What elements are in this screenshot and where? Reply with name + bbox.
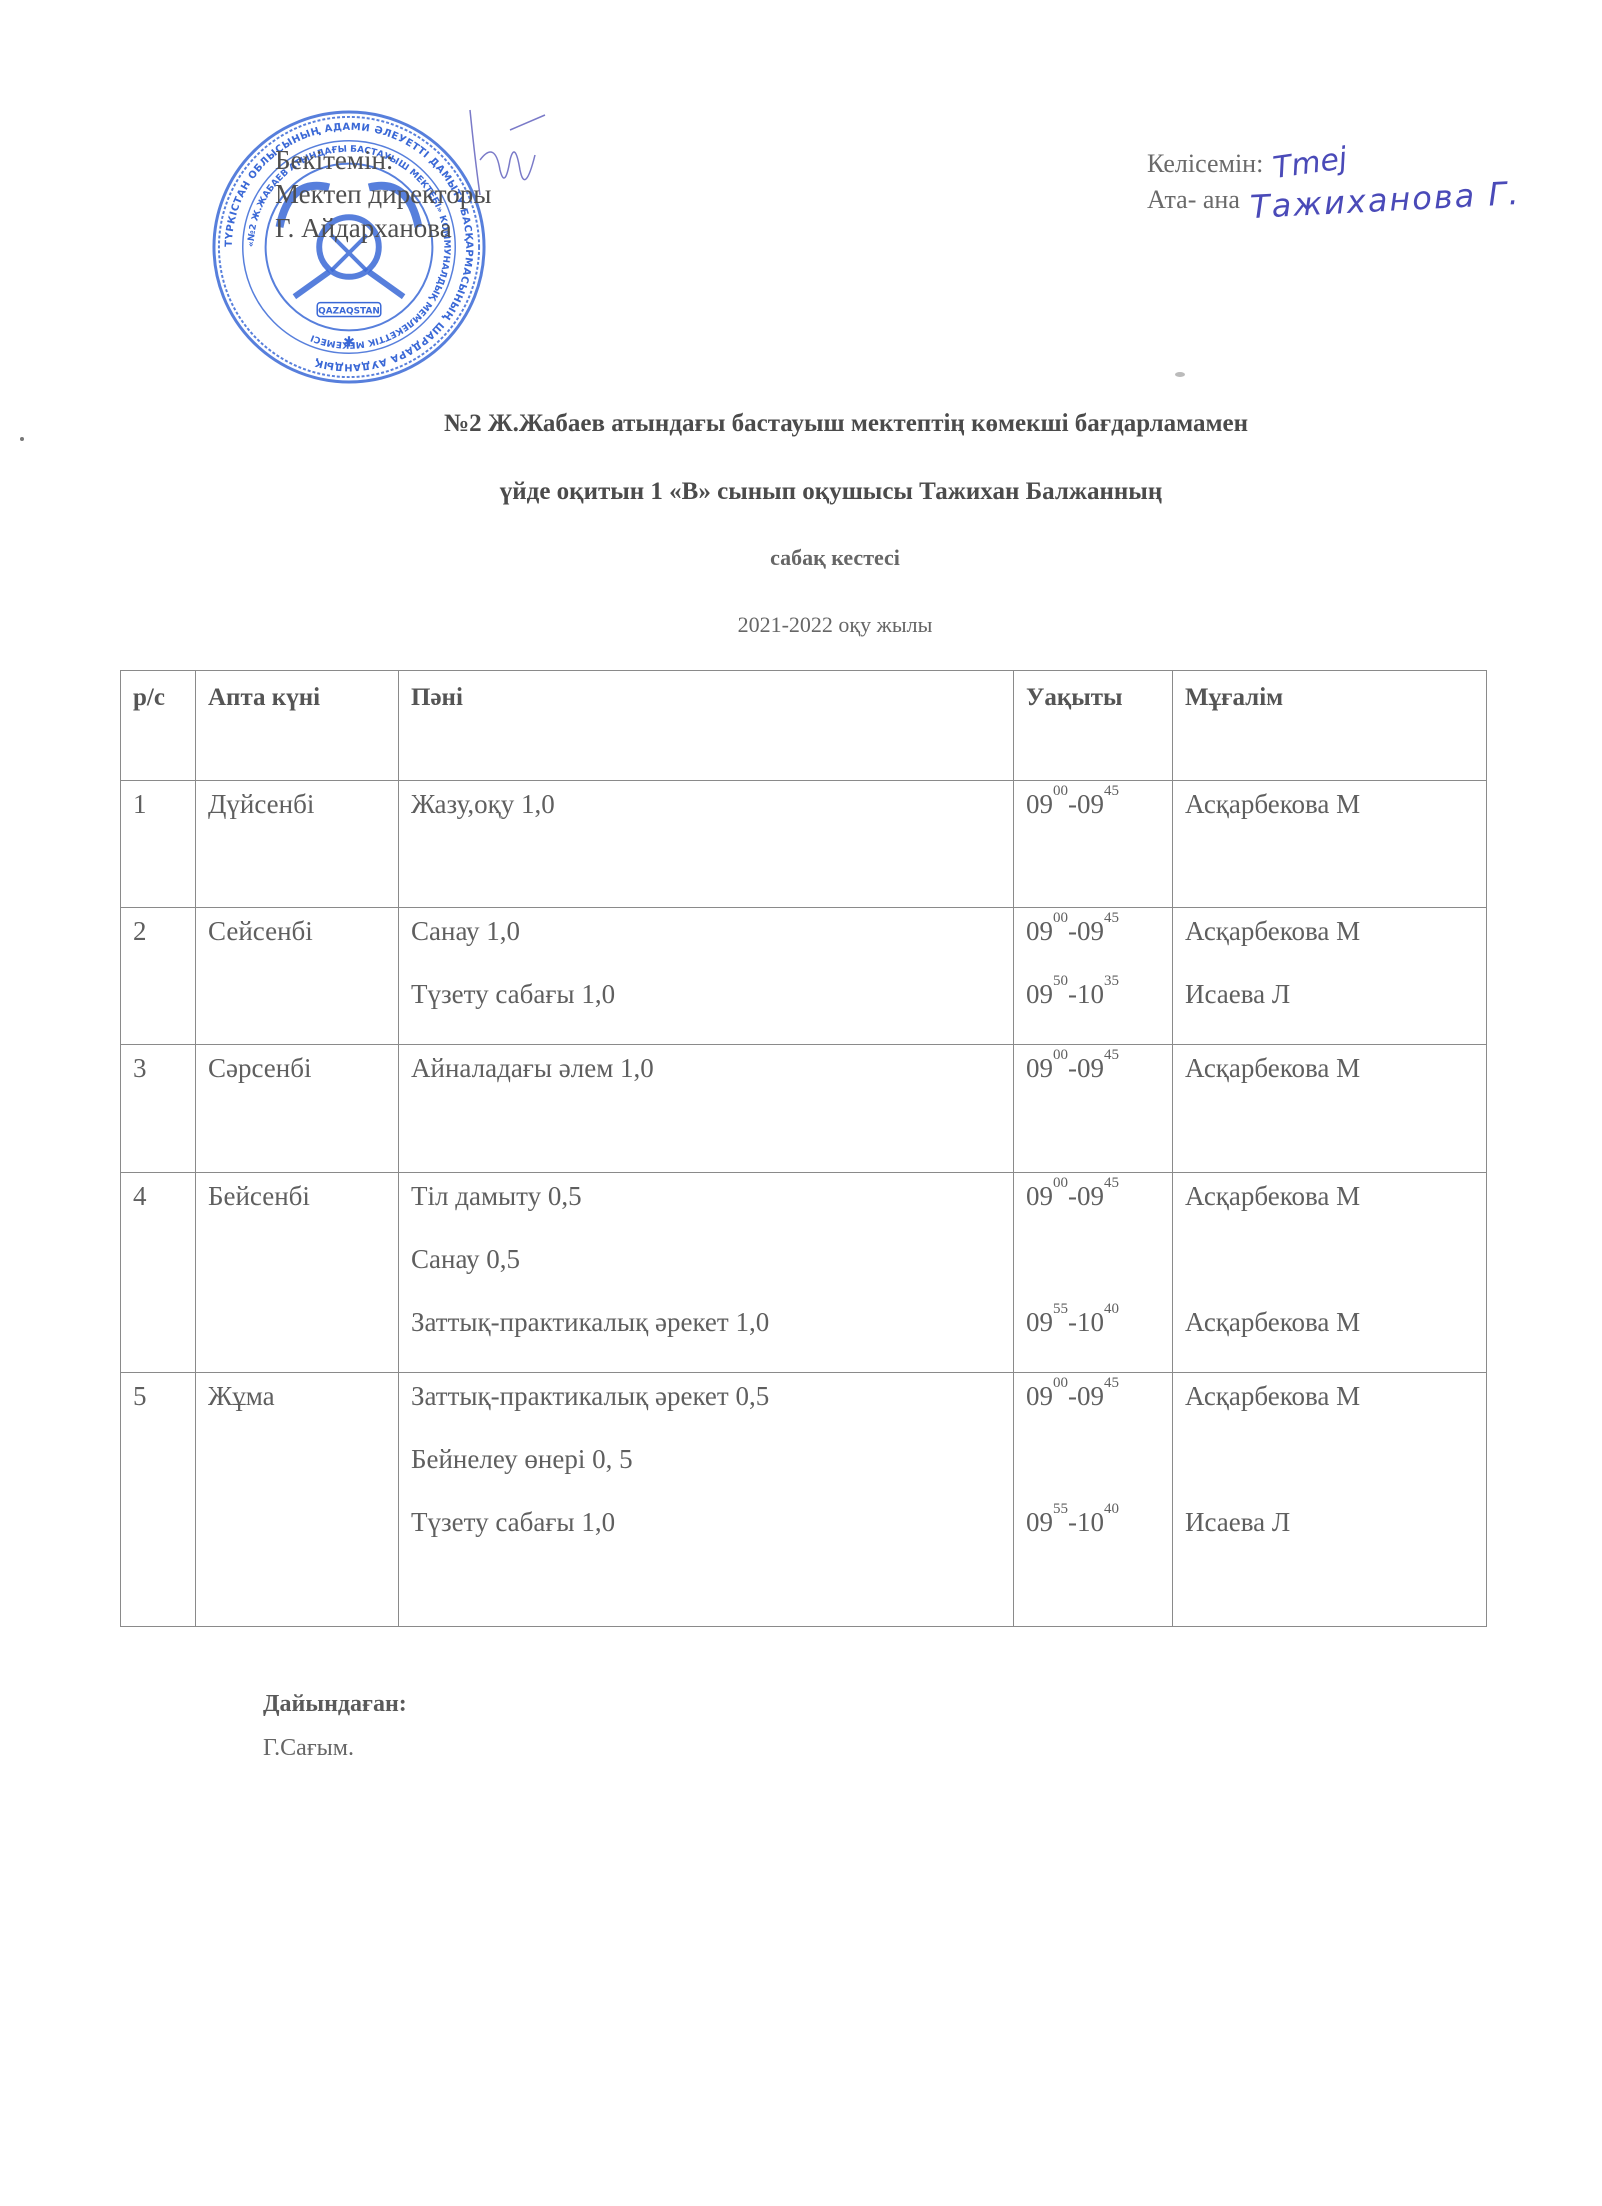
scan-speck [1175,372,1185,377]
lesson-time: 0900-0945 [1026,918,1164,981]
lesson-subject: Жазу,оқу 1,0 [411,791,1005,854]
header-weekday: Апта күні [196,671,399,781]
time-hours: - [1068,981,1077,1008]
cell-subjects: Заттық-практикалық әрекет 0,5Бейнелеу өн… [399,1373,1014,1627]
stamp-emblem-label: QAZAQSTAN [318,307,380,317]
lesson-time [1026,1246,1164,1309]
table-row: 5ЖұмаЗаттық-практикалық әрекет 0,5Бейнел… [121,1373,1487,1627]
cell-number: 3 [121,1045,196,1173]
agreement-block: Келісемін: Тmej Ата- ана Тажиханова Г. [1147,146,1520,218]
cell-number: 4 [121,1173,196,1373]
cell-teachers: Асқарбекова М [1173,1045,1487,1173]
time-hours: - [1068,918,1077,945]
lesson-time: 0900-0945 [1026,1383,1164,1446]
lesson-teacher: Исаева Л [1185,981,1478,1044]
approval-name: Г. Айдарханова [275,211,491,245]
header-time: Уақыты [1014,671,1173,781]
time-hours: 09 [1026,1055,1053,1082]
cell-times: 0900-0945 [1014,781,1173,908]
time-hours: 09 [1026,1309,1053,1336]
lesson-subject: Айналадағы әлем 1,0 [411,1055,1005,1118]
approval-label: Бекітемін: [275,143,491,177]
time-hours: 09 [1026,918,1053,945]
approval-position: Мектеп директоры [275,177,491,211]
cell-times: 0900-09450955-1040 [1014,1173,1173,1373]
lesson-teacher: Асқарбекова М [1185,791,1478,854]
time-hours: 10 [1077,1309,1104,1336]
time-hours: 09 [1077,791,1104,818]
time-hours: 10 [1077,1509,1104,1536]
cell-times: 0900-09450950-1035 [1014,908,1173,1045]
lesson-subject: Бейнелеу өнері 0, 5 [411,1446,1005,1509]
cell-weekday: Дүйсенбі [196,781,399,908]
time-hours: 09 [1077,918,1104,945]
time-hours: 09 [1026,1383,1053,1410]
lesson-teacher: Исаева Л [1185,1509,1478,1572]
cell-teachers: Асқарбекова МИсаева Л [1173,1373,1487,1627]
lesson-teacher [1185,1246,1478,1309]
lesson-time: 0900-0945 [1026,1055,1164,1118]
cell-times: 0900-09450955-1040 [1014,1373,1173,1627]
cell-subjects: Санау 1,0Түзету сабағы 1,0 [399,908,1014,1045]
lesson-time: 0950-1035 [1026,981,1164,1044]
time-hours: 09 [1026,981,1053,1008]
document-title-line1: №2 Ж.Жабаев атындағы бастауыш мектептің … [0,410,1602,438]
header-number: р/с [121,671,196,781]
cell-subjects: Жазу,оқу 1,0 [399,781,1014,908]
lesson-subject: Заттық-практикалық әрекет 1,0 [411,1309,1005,1372]
time-hours: - [1068,1509,1077,1536]
cell-teachers: Асқарбекова М [1173,781,1487,908]
lesson-teacher [1185,1446,1478,1509]
time-hours: 09 [1026,791,1053,818]
svg-text:✱: ✱ [343,335,355,350]
scan-speck [20,437,24,441]
lesson-subject: Заттық-практикалық әрекет 0,5 [411,1383,1005,1446]
cell-weekday: Жұма [196,1373,399,1627]
lesson-teacher: Асқарбекова М [1185,1309,1478,1372]
prepared-name: Г.Сағым. [263,1726,407,1770]
table-header-row: р/с Апта күні Пәні Уақыты Мұғалім [121,671,1487,781]
cell-teachers: Асқарбекова МАсқарбекова М [1173,1173,1487,1373]
lesson-teacher: Асқарбекова М [1185,1183,1478,1246]
header-teacher: Мұғалім [1173,671,1487,781]
cell-subjects: Тіл дамыту 0,5Санау 0,5Заттық-практикалы… [399,1173,1014,1373]
time-hours: - [1068,1183,1077,1210]
time-hours: 09 [1026,1183,1053,1210]
time-hours: 09 [1077,1383,1104,1410]
academic-year: 2021-2022 оқу жылы [0,612,1602,638]
time-hours: 09 [1077,1183,1104,1210]
cell-number: 2 [121,908,196,1045]
lesson-teacher: Асқарбекова М [1185,1055,1478,1118]
header-subject: Пәні [399,671,1014,781]
cell-number: 1 [121,781,196,908]
cell-weekday: Сәрсенбі [196,1045,399,1173]
lesson-teacher: Асқарбекова М [1185,1383,1478,1446]
lesson-time: 0900-0945 [1026,1183,1164,1246]
lesson-time: 0900-0945 [1026,791,1164,854]
lesson-time [1026,1446,1164,1509]
prepared-by-block: Дайындаған: Г.Сағым. [263,1682,407,1770]
cell-weekday: Сейсенбі [196,908,399,1045]
cell-number: 5 [121,1373,196,1627]
lesson-teacher: Асқарбекова М [1185,918,1478,981]
cell-times: 0900-0945 [1014,1045,1173,1173]
agreement-label: Келісемін: [1147,146,1263,182]
schedule-table: р/с Апта күні Пәні Уақыты Мұғалім 1Дүйсе… [120,670,1487,1627]
time-hours: - [1068,1055,1077,1082]
lesson-subject: Түзету сабағы 1,0 [411,1509,1005,1572]
table-row: 3СәрсенбіАйналадағы әлем 1,00900-0945Асқ… [121,1045,1487,1173]
approval-block: Бекітемін: Мектеп директоры Г. Айдархано… [275,143,491,245]
lesson-time: 0955-1040 [1026,1509,1164,1572]
lesson-subject: Санау 1,0 [411,918,1005,981]
time-hours: 10 [1077,981,1104,1008]
table-row: 1ДүйсенбіЖазу,оқу 1,00900-0945Асқарбеков… [121,781,1487,908]
time-hours: - [1068,1383,1077,1410]
lesson-subject: Санау 0,5 [411,1246,1005,1309]
prepared-label: Дайындаған: [263,1682,407,1726]
table-row: 4БейсенбіТіл дамыту 0,5Санау 0,5Заттық-п… [121,1173,1487,1373]
table-row: 2СейсенбіСанау 1,0Түзету сабағы 1,00900-… [121,908,1487,1045]
document-title-line3: сабақ кестесі [0,545,1602,571]
cell-weekday: Бейсенбі [196,1173,399,1373]
time-hours: - [1068,791,1077,818]
lesson-subject: Тіл дамыту 0,5 [411,1183,1005,1246]
cell-teachers: Асқарбекова МИсаева Л [1173,908,1487,1045]
time-hours: 09 [1026,1509,1053,1536]
parent-label: Ата- ана [1147,182,1240,218]
agreement-signature: Тmej [1271,141,1350,187]
lesson-subject: Түзету сабағы 1,0 [411,981,1005,1044]
cell-subjects: Айналадағы әлем 1,0 [399,1045,1014,1173]
lesson-time: 0955-1040 [1026,1309,1164,1372]
time-hours: 09 [1077,1055,1104,1082]
document-title-line2: үйде оқитын 1 «В» сынып оқушысы Тажихан … [0,478,1602,506]
time-hours: - [1068,1309,1077,1336]
